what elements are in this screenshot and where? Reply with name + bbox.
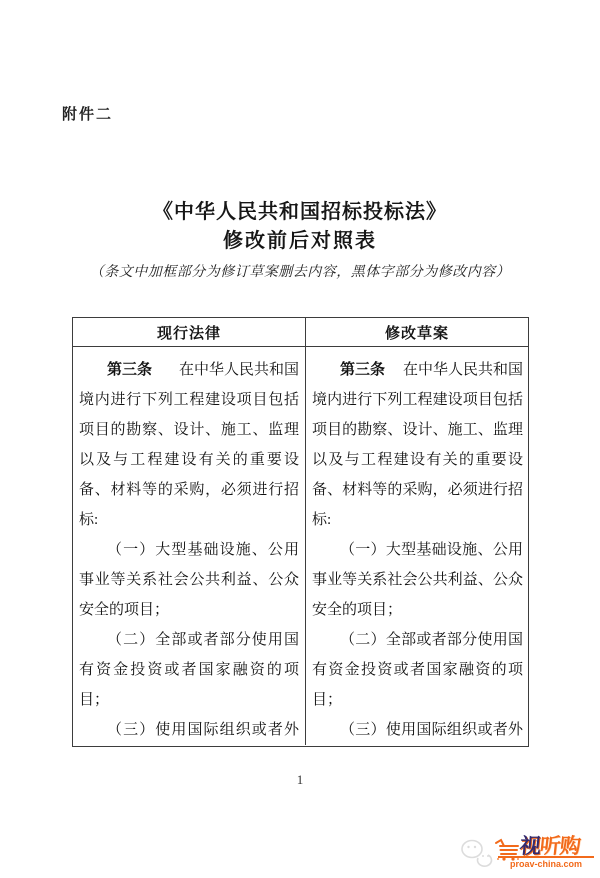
document-title-line1: 《中华人民共和国招标投标法》 [0, 195, 600, 224]
text-line: 有资金投资或者国家融资的项 [79, 655, 299, 685]
text-line: 项目的勘察、设计、施工、监理 [312, 415, 523, 445]
cell-current-law: 第三条在中华人民共和国 境内进行下列工程建设项目包括 项目的勘察、设计、施工、监… [73, 347, 306, 745]
text-line: （二）全部或者部分使用国 [312, 625, 523, 655]
comparison-table: 现行法律 修改草案 第三条在中华人民共和国 境内进行下列工程建设项目包括 项目的… [72, 317, 529, 747]
text-line: 以及与工程建设有关的重要设 [312, 445, 523, 475]
text-line: 标: [312, 505, 523, 535]
page-number: 1 [0, 772, 600, 788]
text-line: 安全的项目； [312, 595, 523, 625]
text-line: （一）大型基础设施、公用 [79, 535, 299, 565]
text-line: 标: [79, 505, 299, 535]
article-number: 第三条 [340, 355, 385, 385]
text-line: 备、材料等的采购，必须进行招 [312, 475, 523, 505]
text-line: （一）大型基础设施、公用 [312, 535, 523, 565]
text-line: 目； [79, 685, 299, 715]
text-line: （三）使用国际组织或者外 [79, 715, 299, 745]
brand-chars-tinggou: 听购 [539, 835, 581, 858]
text-line: 项目的勘察、设计、施工、监理 [79, 415, 299, 445]
document-page: 附件二 《中华人民共和国招标投标法》 修改前后对照表 （条文中加框部分为修订草案… [0, 0, 600, 878]
brand-char-shi: 视 [519, 835, 541, 858]
article-number: 第三条 [107, 355, 152, 385]
table-header-row: 现行法律 修改草案 [73, 318, 528, 347]
document-title-line2: 修改前后对照表 [0, 224, 600, 253]
text-line: 安全的项目； [79, 595, 299, 625]
text-line: 在中华人民共和国 [403, 355, 523, 385]
text-line: 境内进行下列工程建设项目包括 [79, 385, 299, 415]
text-line: 境内进行下列工程建设项目包括 [312, 385, 523, 415]
document-subtitle: （条文中加框部分为修订草案删去内容，黑体字部分为修改内容） [0, 261, 600, 281]
wechat-icon [458, 836, 496, 873]
text-line: （二）全部或者部分使用国 [79, 625, 299, 655]
cell-revised-draft: 第三条在中华人民共和国 境内进行下列工程建设项目包括 项目的勘察、设计、施工、监… [306, 347, 528, 745]
text-line: 事业等关系社会公共利益、公众 [312, 565, 523, 595]
watermark: 视听购 proav-china.com [458, 830, 598, 876]
text-line: 目； [312, 685, 523, 715]
text-line: （三）使用国际组织或者外 [312, 715, 523, 745]
text-line: 事业等关系社会公共利益、公众 [79, 565, 299, 595]
text-line: 第三条在中华人民共和国 [312, 355, 523, 385]
text-line: 备、材料等的采购，必须进行招 [79, 475, 299, 505]
text-line: 有资金投资或者国家融资的项 [312, 655, 523, 685]
text-line: 以及与工程建设有关的重要设 [79, 445, 299, 475]
table-body-row: 第三条在中华人民共和国 境内进行下列工程建设项目包括 项目的勘察、设计、施工、监… [73, 347, 528, 745]
column-header-revised-draft: 修改草案 [306, 318, 528, 346]
text-line: 在中华人民共和国 [179, 355, 299, 385]
text-line: 第三条在中华人民共和国 [79, 355, 299, 385]
attachment-label: 附件二 [62, 103, 113, 124]
watermark-domain-text: proav-china.com [498, 856, 594, 869]
column-header-current-law: 现行法律 [73, 318, 306, 346]
